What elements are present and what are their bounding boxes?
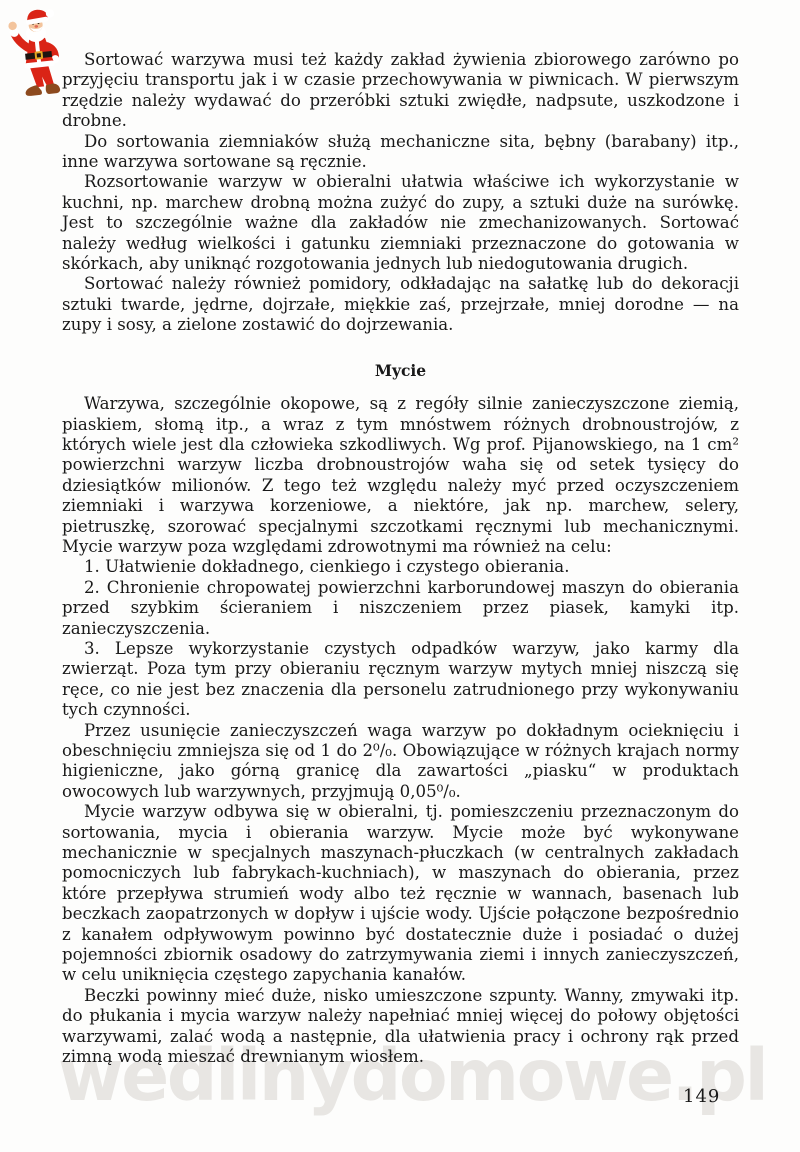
- paragraph-washing-2: Mycie warzyw odbywa się w obieralni, tj.…: [62, 802, 739, 986]
- numbered-item-3: 3. Lepsze wykorzystanie czystych odpadkó…: [62, 639, 739, 721]
- paragraph-sorting-1: Sortować warzywa musi też każdy zakład ż…: [62, 50, 739, 132]
- paragraph-washing-1: Przez usunięcie zanieczyszczeń waga warz…: [62, 721, 739, 803]
- paragraph-washing-3: Beczki powinny mieć duże, nisko umieszcz…: [62, 986, 739, 1068]
- page-text-column: Sortować warzywa musi też każdy zakład ż…: [62, 50, 739, 1068]
- page-number: 149: [683, 1086, 720, 1107]
- paragraph-sorting-4: Sortować należy również pomidory, odkład…: [62, 274, 739, 335]
- numbered-item-2: 2. Chronienie chropowatej powierzchni ka…: [62, 578, 739, 639]
- section-heading-mycie: Mycie: [62, 361, 739, 381]
- numbered-item-1: 1. Ułatwienie dokładnego, cienkiego i cz…: [62, 557, 739, 577]
- paragraph-sorting-2: Do sortowania ziemniaków służą mechanicz…: [62, 132, 739, 173]
- paragraph-washing-lead: Warzywa, szczególnie okopowe, są z regół…: [62, 394, 739, 557]
- paragraph-sorting-3: Rozsortowanie warzyw w obieralni ułatwia…: [62, 172, 739, 274]
- santa-claus-illustration: [7, 7, 65, 99]
- book-page: wedlinydomowe.pl Sortować warzywa musi t…: [0, 0, 800, 1152]
